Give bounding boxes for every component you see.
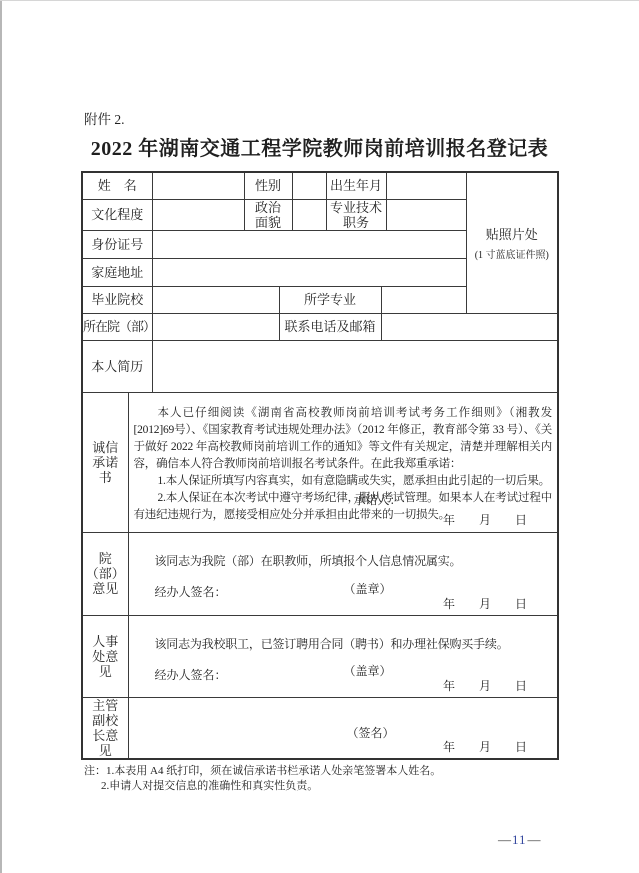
address-label: 家庭地址 <box>82 258 152 286</box>
address-value-cell <box>152 258 466 286</box>
commitment-intro-text: 本人已仔细阅读《湖南省高校教师岗前培训考试考务工作细则》（湘教发[2012]69… <box>134 405 553 473</box>
college-label: 毕业院校 <box>82 286 152 313</box>
contact-value-cell <box>381 313 558 340</box>
note-line-2: 2.申请人对提交信息的准确性和真实性负责。 <box>101 779 564 794</box>
birth-value-cell <box>386 172 466 199</box>
scan-edge-left <box>0 0 2 873</box>
photo-title: 贴照片处 <box>467 224 558 243</box>
commitment-content-cell: 本人已仔细阅读《湖南省高校教师岗前培训考试考务工作细则》（湘教发[2012]69… <box>128 392 558 532</box>
political-status-label: 政治 面貌 <box>244 199 292 230</box>
prof-title-value-cell <box>386 199 466 230</box>
education-value-cell <box>152 199 244 230</box>
page-number-dash-left: — <box>498 832 511 847</box>
scanned-form-page: 附件 2. 2022 年湖南交通工程学院教师岗前培训报名登记表 姓 名 性别 出… <box>0 0 639 873</box>
note-line-1: 注：1.本表用 A4 纸打印，须在诚信承诺书栏承诺人处亲笔签署本人姓名。 <box>84 764 564 779</box>
hr-seal-label: （盖章） <box>344 662 392 679</box>
attachment-label: 附件 2. <box>84 108 125 128</box>
dept-opinion-label: 院 （部） 意见 <box>82 532 128 615</box>
department-label: 所在院（部） <box>82 313 152 340</box>
education-label: 文化程度 <box>82 199 152 230</box>
page-number: —11— <box>498 832 541 848</box>
resume-value-cell <box>152 340 558 392</box>
birth-label: 出生年月 <box>326 172 386 199</box>
political-status-value-cell <box>292 199 326 230</box>
gender-label: 性别 <box>244 172 292 199</box>
page-number-value: 11 <box>511 832 528 847</box>
dept-seal-label: （盖章） <box>344 580 392 597</box>
page-number-dash-right: — <box>528 832 541 847</box>
dept-opinion-statement: 该同志为我院（部）在职教师，所填报个人信息情况属实。 <box>155 553 552 569</box>
gender-value-cell <box>292 172 326 199</box>
department-value-cell <box>152 313 279 340</box>
major-label: 所学专业 <box>279 286 381 313</box>
commitment-section-label: 诚信 承诺 书 <box>82 392 128 532</box>
dept-date-blanks: 年 月 日 <box>443 595 527 612</box>
major-value-cell <box>381 286 466 313</box>
id-number-value-cell <box>152 230 466 258</box>
hr-opinion-statement: 该同志为我校职工，已签订聘用合同（聘书）和办理社保购买手续。 <box>155 636 552 652</box>
commitment-date-blanks: 年 月 日 <box>443 511 527 528</box>
contact-label: 联系电话及邮箱 <box>279 313 381 340</box>
commitment-item-1: 1.本人保证所填写内容真实，如有意隐瞒或失实，愿承担由此引起的一切后果。 <box>134 473 553 490</box>
vp-opinion-content-cell: （签名） 年 月 日 <box>128 697 558 759</box>
photo-area: 贴照片处 (1 寸蓝底证件照) <box>466 172 558 313</box>
vp-opinion-label: 主管 副校 长意 见 <box>82 697 128 759</box>
photo-subtitle: (1 寸蓝底证件照) <box>467 246 558 261</box>
hr-date-blanks: 年 月 日 <box>443 677 527 694</box>
scan-edge-top <box>0 0 639 1</box>
name-label: 姓 名 <box>82 172 152 199</box>
commitment-signer-label: 承诺人： <box>354 491 402 508</box>
vp-sign-label: （签名） <box>347 724 395 741</box>
id-number-label: 身份证号 <box>82 230 152 258</box>
footer-notes: 注：1.本表用 A4 纸打印，须在诚信承诺书栏承诺人处亲笔签署本人姓名。 2.申… <box>84 764 564 793</box>
resume-label: 本人简历 <box>82 340 152 392</box>
hr-opinion-label: 人事 处意 见 <box>82 615 128 697</box>
dept-opinion-content-cell: 该同志为我院（部）在职教师，所填报个人信息情况属实。 经办人签名： （盖章） 年… <box>128 532 558 615</box>
hr-opinion-content-cell: 该同志为我校职工，已签订聘用合同（聘书）和办理社保购买手续。 经办人签名： （盖… <box>128 615 558 697</box>
name-value-cell <box>152 172 244 199</box>
registration-table: 姓 名 性别 出生年月 贴照片处 (1 寸蓝底证件照) 文化程度 政治 面貌 专… <box>81 171 559 760</box>
page-title: 2022 年湖南交通工程学院教师岗前培训报名登记表 <box>0 132 639 161</box>
vp-date-blanks: 年 月 日 <box>443 738 527 755</box>
prof-title-label: 专业技术 职务 <box>326 199 386 230</box>
college-value-cell <box>152 286 279 313</box>
